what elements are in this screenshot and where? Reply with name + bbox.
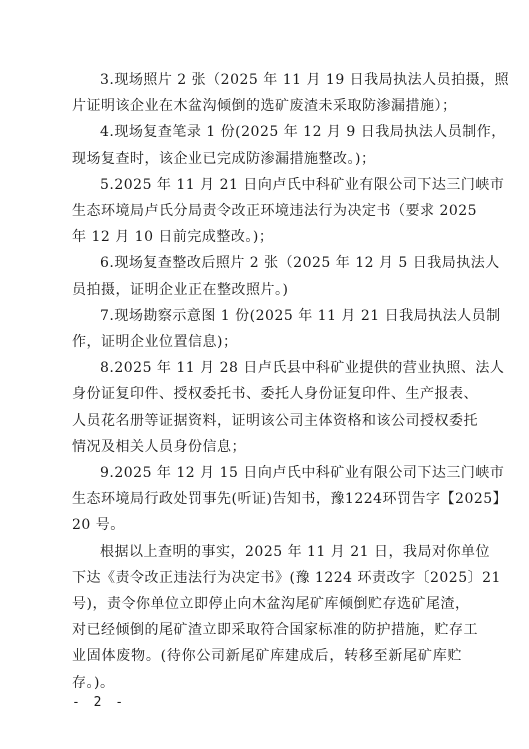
text-line: 对已经倾倒的尾矿渣立即采取符合国家标准的防护措施，贮存工	[72, 619, 462, 641]
text-line: 9.2025 年 12 月 15 日向卢氏中科矿业有限公司下达三门峡市	[100, 462, 462, 484]
text-line: 生态环境局行政处罚事先(听证)告知书，豫1224环罚告字【2025】	[72, 488, 462, 510]
text-line: 年 12 月 10 日前完成整改。)；	[72, 226, 462, 248]
text-line: 员拍摄，证明企业正在整改照片。)	[72, 279, 462, 301]
text-line: 现场复查时，该企业已完成防渗漏措施整改。)；	[72, 148, 462, 170]
text-line: 人员花名册等证据资料，证明该公司主体资格和该公司授权委托	[72, 410, 462, 432]
text-line: 4.现场复查笔录 1 份(2025 年 12 月 9 日我局执法人员制作，	[100, 121, 462, 143]
text-line: 作，证明企业位置信息)；	[72, 331, 462, 353]
text-line: 身份证复印件、授权委托书、委托人身份证复印件、生产报表、	[72, 383, 462, 405]
text-line: 5.2025 年 11 月 21 日向卢氏中科矿业有限公司下达三门峡市	[100, 174, 462, 196]
text-line: 情况及相关人员身份信息；	[72, 436, 462, 458]
text-line: 8.2025 年 11 月 28 日卢氏县中科矿业提供的营业执照、法人	[100, 357, 462, 379]
text-line: 7.现场勘察示意图 1 份(2025 年 11 月 21 日我局执法人员制	[100, 305, 462, 327]
text-line: 根据以上查明的事实，2025 年 11 月 21 日，我局对你单位	[100, 541, 462, 563]
text-line: 6.现场复查整改后照片 2 张（2025 年 12 月 5 日我局执法人	[100, 252, 462, 274]
text-line: 3.现场照片 2 张（2025 年 11 月 19 日我局执法人员拍摄，照	[100, 69, 462, 91]
text-line: 存。)。	[72, 672, 462, 694]
text-line: 业固体废物。(待你公司新尾矿库建成后，转移至新尾矿库贮	[72, 645, 462, 667]
text-line: 下达《责令改正违法行为决定书》(豫 1224 环责改字〔2025〕21	[72, 567, 462, 589]
document-page: 3.现场照片 2 张（2025 年 11 月 19 日我局执法人员拍摄，照片证明…	[0, 0, 529, 749]
text-line: 片证明该企业在木盆沟倾倒的选矿废渣未采取防渗漏措施）；	[72, 95, 462, 117]
text-line: 20 号。	[72, 514, 462, 536]
text-line: 号)，责令你单位立即停止向木盆沟尾矿库倾倒贮存选矿尾渣，	[72, 593, 462, 615]
page-number: - 2 -	[72, 694, 126, 712]
text-line: 生态环境局卢氏分局责令改正环境违法行为决定书（要求 2025	[72, 200, 462, 222]
